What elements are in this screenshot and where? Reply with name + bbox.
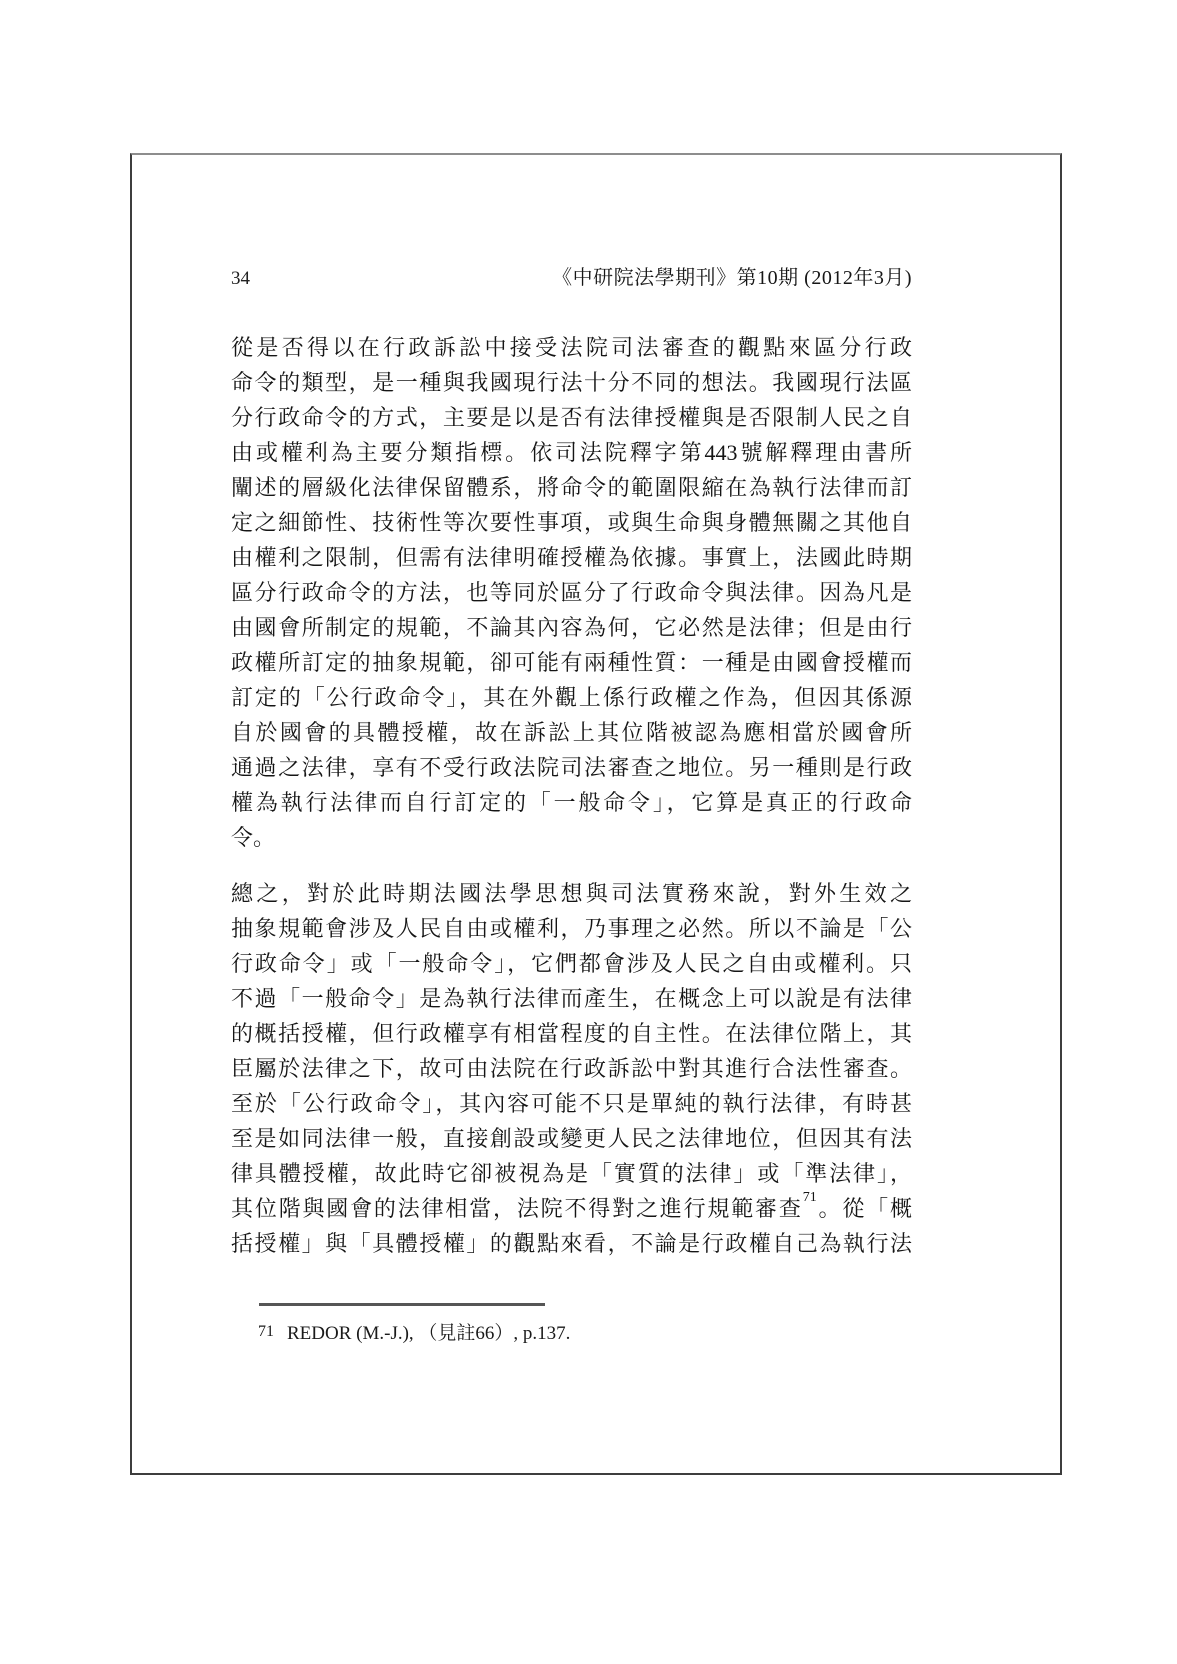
- text-line: 自於國會的具體授權，故在訴訟上其位階被認為應相當於國會所: [231, 715, 912, 750]
- text-line: 由國會所制定的規範，不論其內容為何，它必然是法律；但是由行: [231, 610, 912, 645]
- footnote-text: REDOR (M.-J.), （見註66）, p.137.: [287, 1323, 570, 1344]
- text-line: 抽象規範會涉及人民自由或權利，乃事理之必然。所以不論是「公: [231, 911, 912, 946]
- text-line: 括授權」與「具體授權」的觀點來看，不論是行政權自己為執行法: [231, 1226, 912, 1261]
- text-line: 權為執行法律而自行訂定的「一般命令」，它算是真正的行政命: [231, 785, 912, 820]
- text-line: 令。: [231, 820, 912, 855]
- text-line: 行政命令」或「一般命令」，它們都會涉及人民之自由或權利。只: [231, 946, 912, 981]
- text-line: 命令的類型，是一種與我國現行法十分不同的想法。我國現行法區: [231, 365, 912, 400]
- page-header: 34 《中研院法學期刊》第10期 (2012年3月): [231, 261, 912, 290]
- footnote: 71REDOR (M.-J.), （見註66）, p.137.: [258, 1320, 938, 1348]
- text-line: 的概括授權，但行政權享有相當程度的自主性。在法律位階上，其: [231, 1016, 912, 1051]
- footnote-ref-number: 71: [803, 1191, 817, 1205]
- text-line: 定之細節性、技術性等次要性事項，或與生命與身體無關之其他自: [231, 505, 912, 540]
- text-line: 至於「公行政命令」，其內容可能不只是單純的執行法律，有時甚: [231, 1086, 912, 1121]
- scanned-journal-page: 34 《中研院法學期刊》第10期 (2012年3月) 從是否得以在行政訴訟中接受…: [0, 0, 1177, 1664]
- text-line: 至是如同法律一般，直接創設或變更人民之法律地位，但因其有法: [231, 1121, 912, 1156]
- journal-title: 《中研院法學期刊》第10期 (2012年3月): [552, 261, 912, 290]
- text-line: 由權利之限制，但需有法律明確授權為依據。事實上，法國此時期: [231, 540, 912, 575]
- footnote-separator: [259, 1303, 545, 1306]
- text-line: 訂定的「公行政命令」，其在外觀上係行政權之作為，但因其係源: [231, 680, 912, 715]
- text-line: 總之，對於此時期法國法學思想與司法實務來說，對外生效之: [231, 876, 912, 911]
- text-line: 不過「一般命令」是為執行法律而產生，在概念上可以說是有法律: [231, 981, 912, 1016]
- footnote-number: 71: [258, 1323, 274, 1340]
- text-line: 由或權利為主要分類指標。依司法院釋字第443號解釋理由書所: [231, 435, 912, 470]
- body-paragraph-2: 總之，對於此時期法國法學思想與司法實務來說，對外生效之抽象規範會涉及人民自由或權…: [231, 876, 912, 1261]
- text-line: 臣屬於法律之下，故可由法院在行政訴訟中對其進行合法性審查。: [231, 1051, 912, 1086]
- text-line: 分行政命令的方式，主要是以是否有法律授權與是否限制人民之自: [231, 400, 912, 435]
- text-line: 通過之法律，享有不受行政法院司法審查之地位。另一種則是行政: [231, 750, 912, 785]
- text-line: 律具體授權，故此時它卻被視為是「實質的法律」或「準法律」，: [231, 1156, 912, 1191]
- text-line: 政權所訂定的抽象規範，卻可能有兩種性質：一種是由國會授權而: [231, 645, 912, 680]
- page-number: 34: [231, 268, 250, 290]
- body-paragraph-1: 從是否得以在行政訴訟中接受法院司法審查的觀點來區分行政命令的類型，是一種與我國現…: [231, 330, 912, 855]
- text-line: 從是否得以在行政訴訟中接受法院司法審查的觀點來區分行政: [231, 330, 912, 365]
- text-line: 其位階與國會的法律相當，法院不得對之進行規範審查71。從「概: [231, 1191, 912, 1226]
- text-line: 闡述的層級化法律保留體系，將命令的範圍限縮在為執行法律而訂: [231, 470, 912, 505]
- text-line: 區分行政命令的方法，也等同於區分了行政命令與法律。因為凡是: [231, 575, 912, 610]
